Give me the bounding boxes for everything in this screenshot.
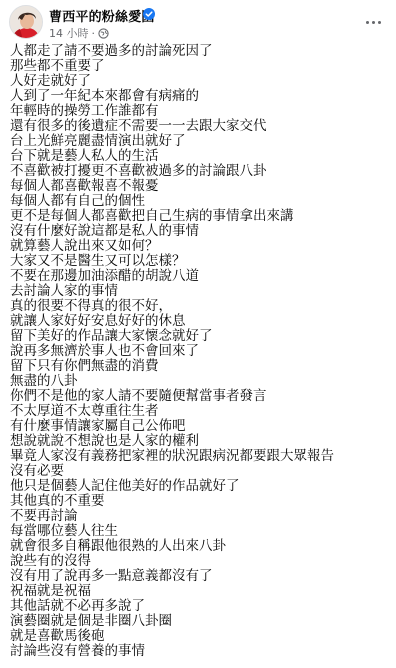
post-line: 每個人都喜歡報喜不報憂 <box>10 179 390 194</box>
post-line: 人到了一年紀本來都會有病痛的 <box>10 89 390 104</box>
avatar[interactable] <box>9 5 43 39</box>
post-line: 台上光鮮亮麗盡情演出就好了 <box>10 134 390 149</box>
post-line: 真的很要不得真的很不好， <box>10 299 390 314</box>
post-header: 曹西平的粉絲愛園 14 小時 · <box>0 0 396 45</box>
post-line: 祝福就是祝福 <box>10 584 390 599</box>
more-options-icon <box>366 21 369 24</box>
post-line: 留下美好的作品讓大家懷念就好了 <box>10 329 390 344</box>
post-meta: 14 小時 · <box>49 25 109 41</box>
post-line: 就會很多自稱跟他很熟的人出來八卦 <box>10 539 390 554</box>
post-line: 就算藝人說出來又如何？ <box>10 239 390 254</box>
post-line: 大家又不是醫生又可以怎樣？ <box>10 254 390 269</box>
post-line: 人都走了請不要過多的討論死因了 <box>10 44 390 59</box>
post-line: 你們不是他的家人請不要隨便幫當事者發言 <box>10 389 390 404</box>
page-name-link[interactable]: 曹西平的粉絲愛園 <box>49 6 155 25</box>
post-line: 每個人都有自己的個性 <box>10 194 390 209</box>
post-line: 留下只有你們無盡的消費 <box>10 359 390 374</box>
post-line: 更不是每個人都喜歡把自己生病的事情拿出來講 <box>10 209 390 224</box>
post-line: 人好走就好了 <box>10 74 390 89</box>
post-line: 不要再討論 <box>10 509 390 524</box>
post-line: 不喜歡被打擾更不喜歡被過多的討論跟八卦 <box>10 164 390 179</box>
post-line: 每當哪位藝人往生 <box>10 524 390 539</box>
post-line: 台下就是藝人私人的生活 <box>10 149 390 164</box>
post-line: 無盡的八卦 <box>10 374 390 389</box>
post-line: 想說就說不想說也是人家的權利 <box>10 434 390 449</box>
post-line: 不太厚道不太尊重往生者 <box>10 404 390 419</box>
globe-icon[interactable] <box>98 28 109 39</box>
post-line: 說再多無濟於事人也不會回來了 <box>10 344 390 359</box>
post-line: 畢竟人家沒有義務把家裡的狀況跟病況都要跟大眾報告 <box>10 449 390 464</box>
post-timestamp-link[interactable]: 14 小時 <box>49 25 89 41</box>
more-options-button[interactable] <box>360 14 386 30</box>
post-line: 其他真的不重要 <box>10 494 390 509</box>
post-line: 演藝圈就是個是非圈八卦圈 <box>10 614 390 629</box>
post-line: 不要在那邊加油添醋的胡說八道 <box>10 269 390 284</box>
post-line: 沒有什麼好說這都是私人的事情 <box>10 224 390 239</box>
post-line: 討論些沒有營養的事情 <box>10 644 390 659</box>
post-line: 年輕時的操勞工作誰都有 <box>10 104 390 119</box>
post-line: 有什麼事情讓家屬自己公佈吧 <box>10 419 390 434</box>
post-line: 就是喜歡馬後砲 <box>10 629 390 644</box>
post-line: 沒有用了說再多一點意義都沒有了 <box>10 569 390 584</box>
verified-badge-icon <box>143 8 155 20</box>
post-line: 他只是個藝人記住他美好的作品就好了 <box>10 479 390 494</box>
facebook-post: 曹西平的粉絲愛園 14 小時 · 人都走了請不要過多的討論死因了 那些都不重要了… <box>0 0 396 668</box>
post-line: 沒有必要 <box>10 464 390 479</box>
avatar-image <box>10 6 43 39</box>
post-line: 還有很多的後遺症不需要一一去跟大家交代 <box>10 119 390 134</box>
post-line: 去討論人家的事情 <box>10 284 390 299</box>
post-line: 說些有的沒得 <box>10 554 390 569</box>
post-line: 其他話就不必再多說了 <box>10 599 390 614</box>
post-line: 就讓人家好好安息好好的休息 <box>10 314 390 329</box>
post-line: 那些都不重要了 <box>10 59 390 74</box>
post-text: 人都走了請不要過多的討論死因了 那些都不重要了 人好走就好了 人到了一年紀本來都… <box>10 44 390 659</box>
meta-separator: · <box>92 27 96 40</box>
